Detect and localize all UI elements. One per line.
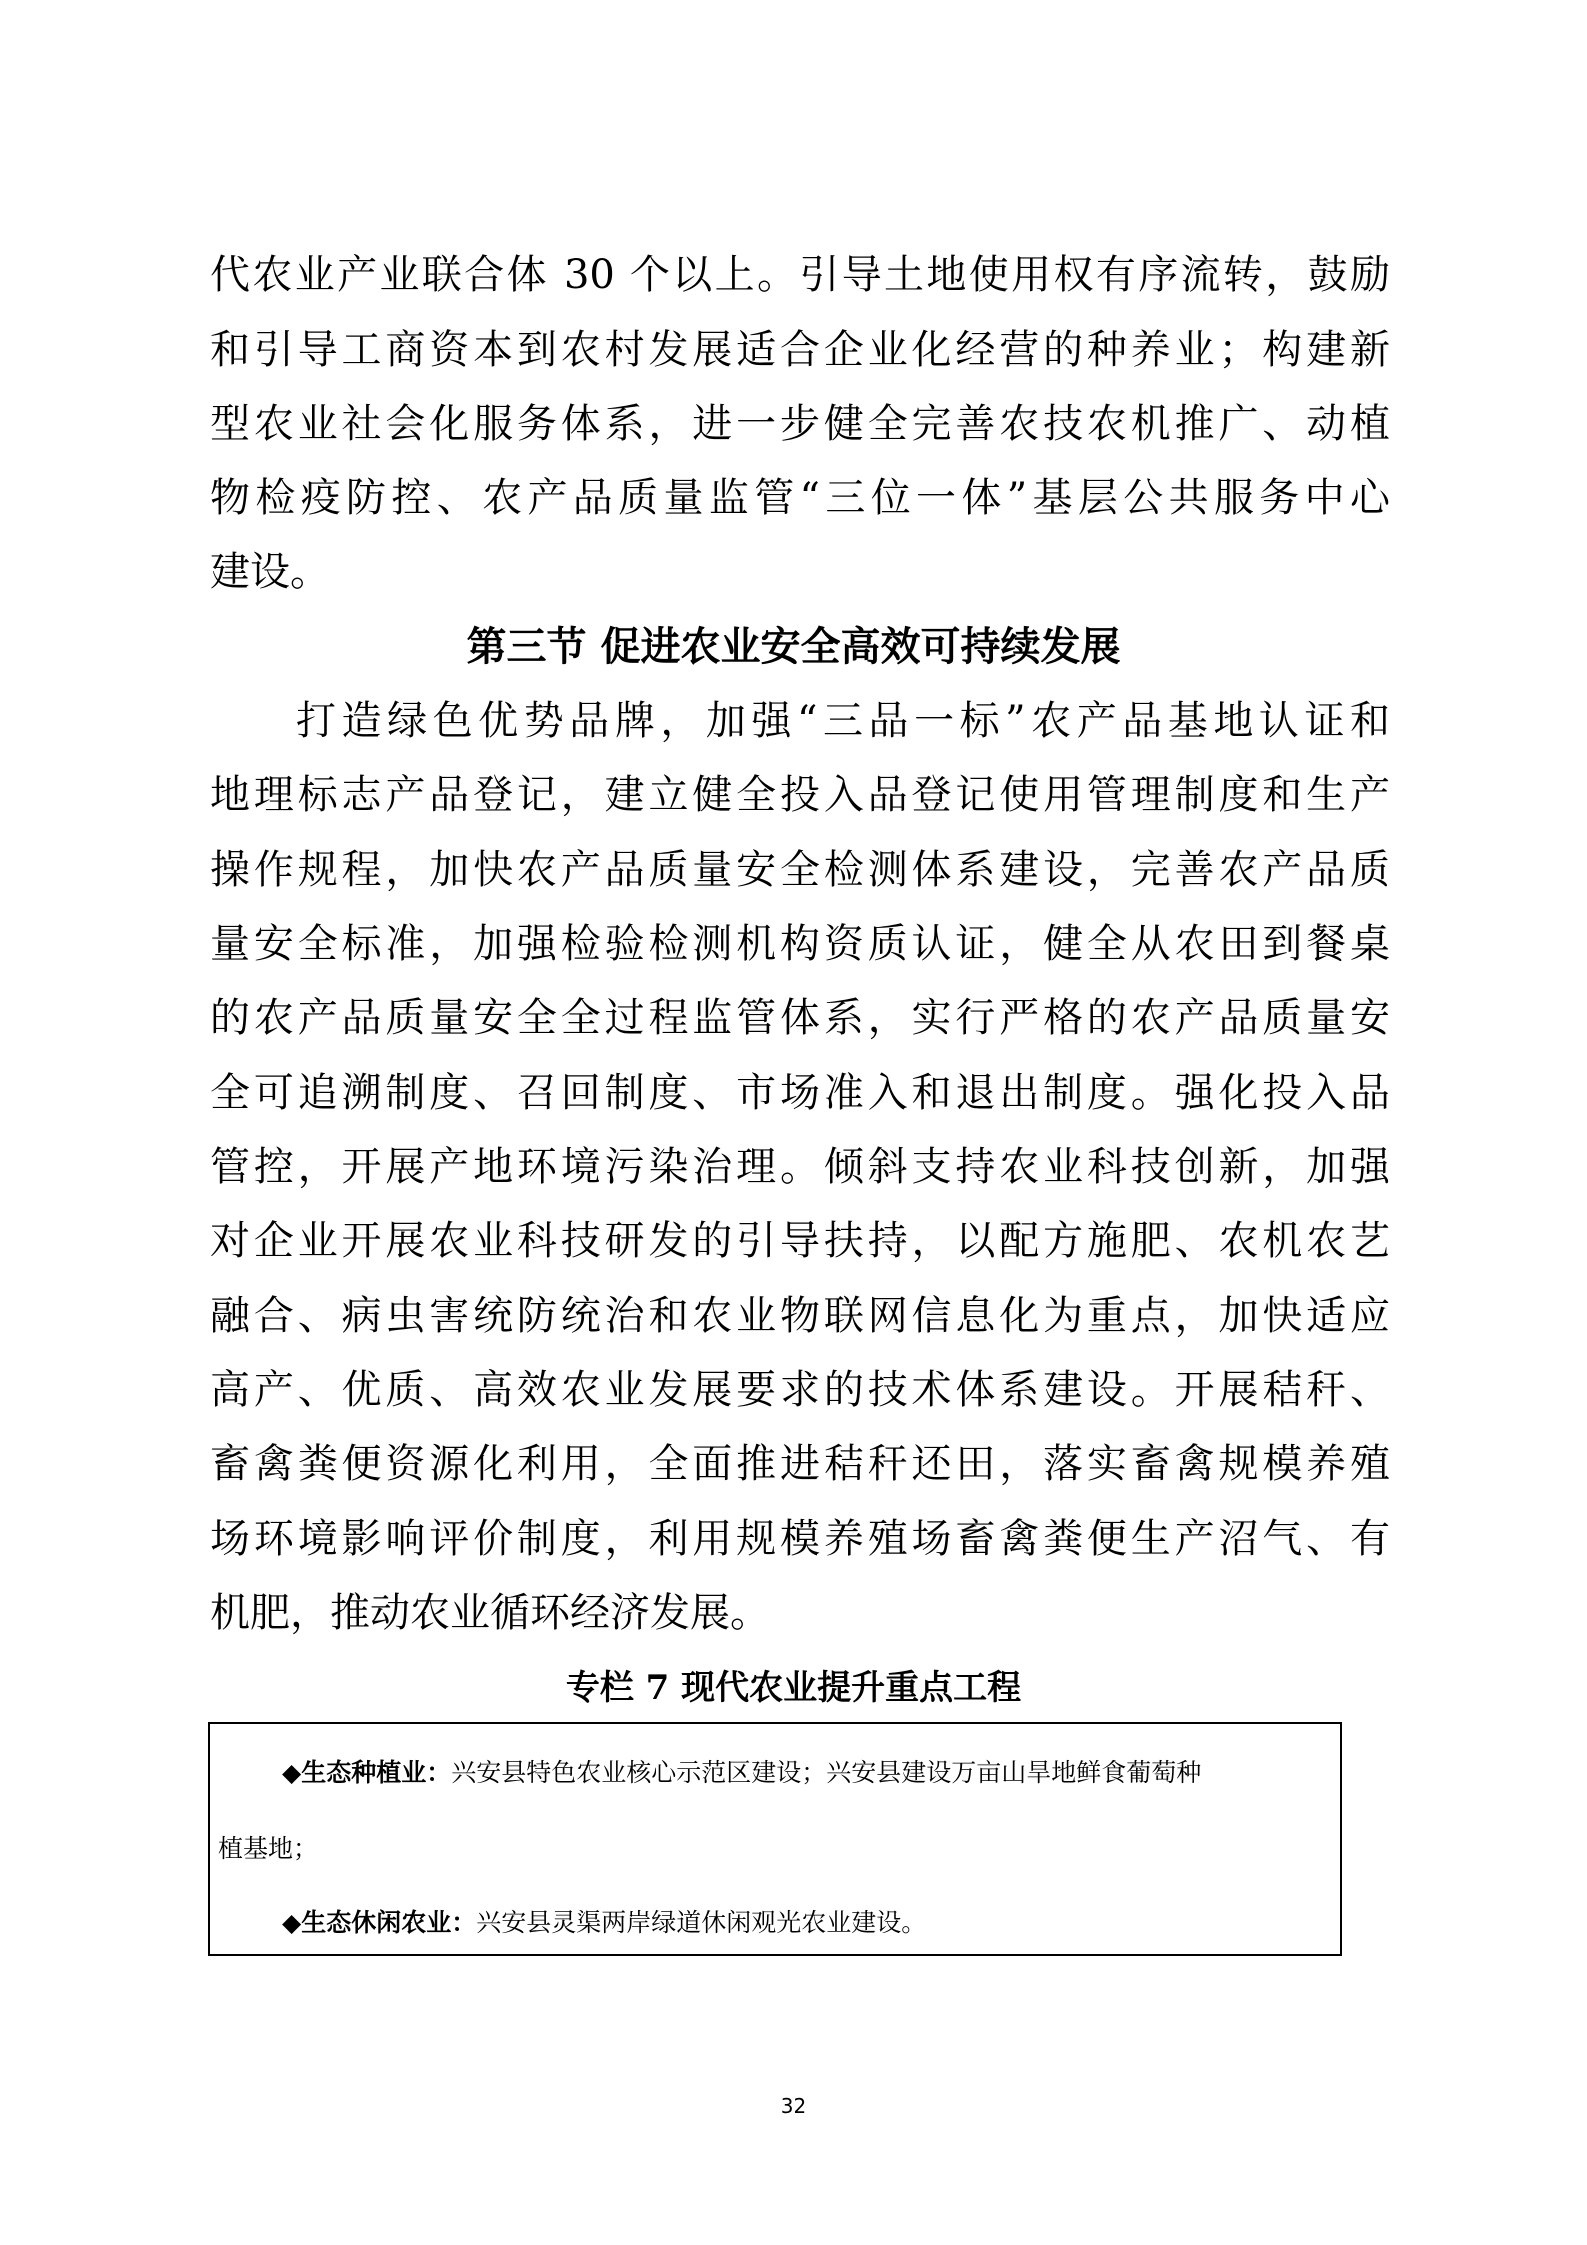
text-line: 量安全标准，加强检验检测机构资质认证，健全从农田到餐桌: [210, 924, 1390, 964]
text-line: 物检疫防控、农产品质量监管“三位一体”基层公共服务中心: [210, 478, 1390, 518]
text-line: 的农产品质量安全全过程监管体系，实行严格的农产品质量安: [210, 998, 1390, 1038]
text-line: 场环境影响评价制度，利用规模养殖场畜禽粪便生产沼气、有: [210, 1519, 1390, 1559]
text-line: 型农业社会化服务体系，进一步健全完善农技农机推广、动植: [210, 404, 1390, 444]
section-title: 第三节 促进农业安全高效可持续发展: [0, 627, 1587, 667]
text-line: 融合、病虫害统防统治和农业物联网信息化为重点，加快适应: [210, 1296, 1390, 1336]
text-line: 地理标志产品登记，建立健全投入品登记使用管理制度和生产: [210, 775, 1390, 815]
text-line: 对企业开展农业科技研发的引导扶持，以配方施肥、农机农艺: [210, 1221, 1390, 1261]
item-label: 生态种植业：: [301, 1758, 451, 1787]
text-line: 建设。: [210, 552, 1390, 592]
item-text: 兴安县特色农业核心示范区建设；兴安县建设万亩山旱地鲜食葡萄种: [451, 1758, 1201, 1787]
page-number: 32: [0, 2094, 1587, 2118]
text-line: 全可追溯制度、召回制度、市场准入和退出制度。强化投入品: [210, 1073, 1390, 1113]
box-item-planting-cont: 植基地；: [218, 1836, 318, 1862]
diamond-bullet-icon: ◆: [282, 1758, 301, 1787]
text-line: 打造绿色优势品牌，加强“三品一标”农产品基地认证和: [296, 701, 1390, 741]
box-item-planting: ◆生态种植业：兴安县特色农业核心示范区建设；兴安县建设万亩山旱地鲜食葡萄种: [282, 1760, 1201, 1786]
box-item-leisure: ◆生态休闲农业：兴安县灵渠两岸绿道休闲观光农业建设。: [282, 1910, 926, 1936]
text-line: 和引导工商资本到农村发展适合企业化经营的种养业；构建新: [210, 330, 1390, 370]
diamond-bullet-icon: ◆: [282, 1908, 301, 1937]
text-line: 高产、优质、高效农业发展要求的技术体系建设。开展秸秆、: [210, 1370, 1390, 1410]
text-line: 畜禽粪便资源化利用，全面推进秸秆还田，落实畜禽规模养殖: [210, 1444, 1390, 1484]
text-line: 机肥，推动农业循环经济发展。: [210, 1593, 1390, 1633]
text-line: 管控，开展产地环境污染治理。倾斜支持农业科技创新，加强: [210, 1147, 1390, 1187]
text-line: 代农业产业联合体 30 个以上。引导土地使用权有序流转，鼓励: [210, 255, 1390, 295]
text-line: 操作规程，加快农产品质量安全检测体系建设，完善农产品质: [210, 850, 1390, 890]
column-box: ◆生态种植业：兴安县特色农业核心示范区建设；兴安县建设万亩山旱地鲜食葡萄种 植基…: [208, 1722, 1342, 1956]
item-text: 兴安县灵渠两岸绿道休闲观光农业建设。: [476, 1908, 926, 1937]
item-label: 生态休闲农业：: [301, 1908, 476, 1937]
column-box-title: 专栏 7 现代农业提升重点工程: [0, 1671, 1587, 1705]
